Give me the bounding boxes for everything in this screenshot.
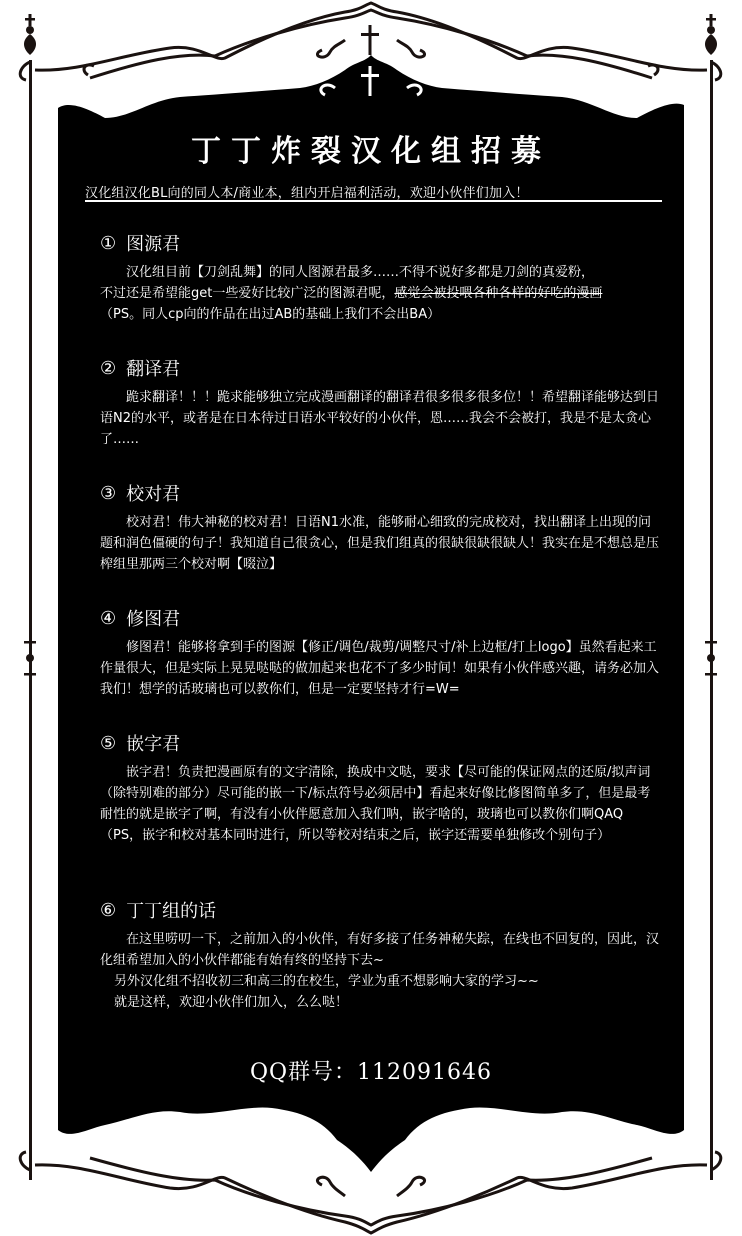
section-heading: ② 翻译君 xyxy=(100,355,660,381)
section-image-editor: ④ 修图君 修图君！能够将拿到手的图源【修正/调色/裁剪/调整尺寸/补上边框/打… xyxy=(100,605,660,700)
section-body: 在这里唠叨一下，之前加入的小伙伴，有好多接了任务神秘失踪，在线也不回复的，因此，… xyxy=(100,929,660,1013)
recruitment-panel: 丁丁炸裂汉化组招募 汉化组汉化BL向的同人本/商业本，组内开启福利活动，欢迎小伙… xyxy=(58,100,684,1100)
body-line: 另外汉化组不招收初三和高三的在校生，学业为重不想影响大家的学习~~ xyxy=(100,971,660,992)
page-title: 丁丁炸裂汉化组招募 xyxy=(58,126,684,170)
body-line: 就是这样，欢迎小伙伴们加入，么么哒！ xyxy=(100,992,660,1013)
section-number: ① xyxy=(100,233,116,254)
section-proofreader: ③ 校对君 校对君！伟大神秘的校对君！日语N1水准，能够耐心细致的完成校对，找出… xyxy=(100,480,660,575)
section-title: 丁丁组的话 xyxy=(126,897,216,923)
cross-icon xyxy=(361,25,379,55)
divider xyxy=(85,200,662,202)
section-heading: ④ 修图君 xyxy=(100,605,660,631)
section-body: 汉化组目前【刀剑乱舞】的同人图源君最多……不得不说好多都是刀剑的真爱粉， 不过还… xyxy=(100,262,660,325)
section-body: 跪求翻译！！！跪求能够独立完成漫画翻译的翻译君很多很多很多位！！希望翻译能够达到… xyxy=(100,387,660,450)
section-number: ⑥ xyxy=(100,900,116,921)
section-heading: ⑤ 嵌字君 xyxy=(100,730,660,756)
body-line: （PS。同人cp向的作品在出过AB的基础上我们不会出BA） xyxy=(100,304,660,325)
section-title: 嵌字君 xyxy=(126,730,180,756)
body-line: 汉化组目前【刀剑乱舞】的同人图源君最多……不得不说好多都是刀剑的真爱粉， xyxy=(100,262,660,283)
section-number: ⑤ xyxy=(100,733,116,754)
body-line: 不过还是希望能get一些爱好比较广泛的图源君呢，感觉会被投喂各种各样的好吃的漫画 xyxy=(100,283,660,304)
section-title: 校对君 xyxy=(126,480,180,506)
section-image-source: ① 图源君 汉化组目前【刀剑乱舞】的同人图源君最多……不得不说好多都是刀剑的真爱… xyxy=(100,230,660,325)
section-heading: ① 图源君 xyxy=(100,230,660,256)
section-number: ② xyxy=(100,358,116,379)
section-typesetter: ⑤ 嵌字君 嵌字君！负责把漫画原有的文字清除，换成中文哒，要求【尽可能的保证网点… xyxy=(100,730,660,846)
section-number: ③ xyxy=(100,483,116,504)
section-body: 修图君！能够将拿到手的图源【修正/调色/裁剪/调整尺寸/补上边框/打上logo】… xyxy=(100,637,660,700)
subtitle: 汉化组汉化BL向的同人本/商业本，组内开启福利活动，欢迎小伙伴们加入！ xyxy=(85,182,529,201)
body-line: 在这里唠叨一下，之前加入的小伙伴，有好多接了任务神秘失踪，在线也不回复的，因此，… xyxy=(100,929,660,971)
qq-group-number: QQ群号：112091646 xyxy=(58,1055,684,1086)
section-body: 校对君！伟大神秘的校对君！日语N1水准，能够耐心细致的完成校对，找出翻译上出现的… xyxy=(100,512,660,575)
section-title: 翻译君 xyxy=(126,355,180,381)
struck-text: 感觉会被投喂各种各样的好吃的漫画 xyxy=(394,286,602,301)
section-title: 图源君 xyxy=(126,230,180,256)
section-title: 修图君 xyxy=(126,605,180,631)
section-translator: ② 翻译君 跪求翻译！！！跪求能够独立完成漫画翻译的翻译君很多很多很多位！！希望… xyxy=(100,355,660,450)
section-heading: ③ 校对君 xyxy=(100,480,660,506)
section-heading: ⑥ 丁丁组的话 xyxy=(100,897,660,923)
body-text: 不过还是希望能get一些爱好比较广泛的图源君呢， xyxy=(100,286,394,301)
section-body: 嵌字君！负责把漫画原有的文字清除，换成中文哒，要求【尽可能的保证网点的还原/拟声… xyxy=(100,762,660,846)
section-number: ④ xyxy=(100,608,116,629)
section-group-message: ⑥ 丁丁组的话 在这里唠叨一下，之前加入的小伙伴，有好多接了任务神秘失踪，在线也… xyxy=(100,897,660,1013)
